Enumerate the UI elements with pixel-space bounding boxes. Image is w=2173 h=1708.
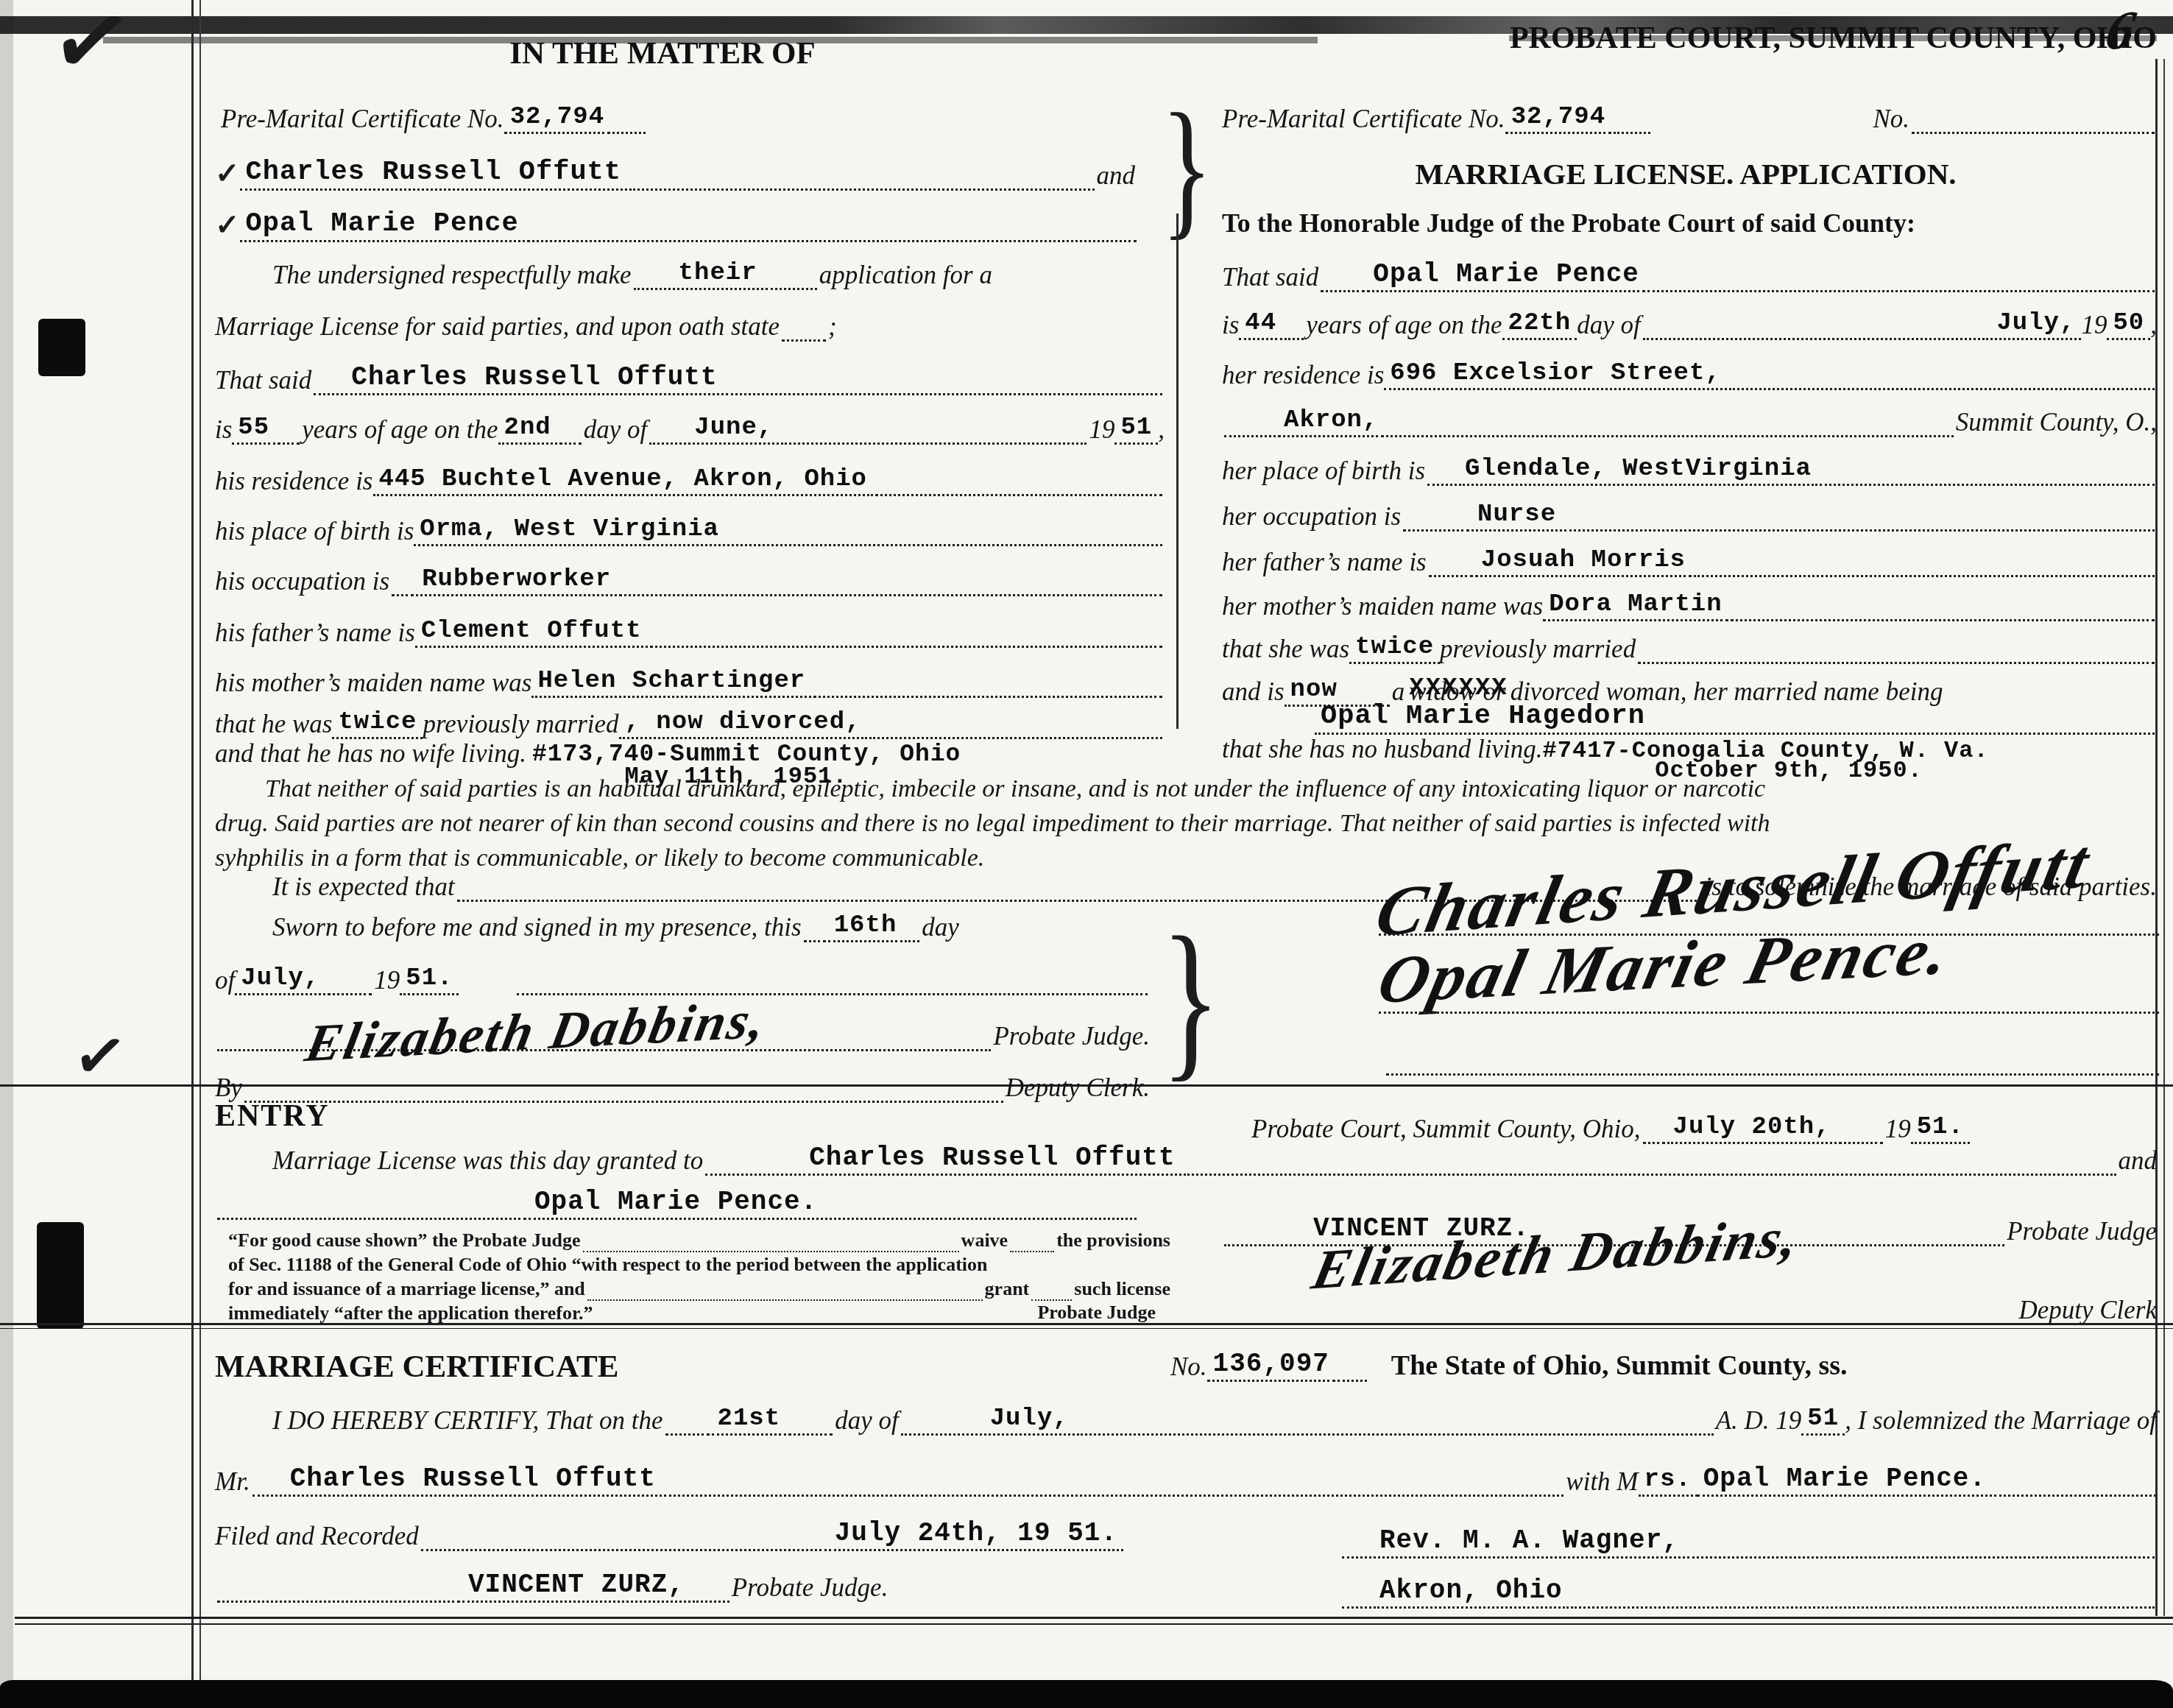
leader <box>1729 384 2155 390</box>
party-one-row: ✓ Charles Russell Offutt and <box>215 156 1135 191</box>
entry-and-label: and <box>2119 1146 2158 1176</box>
handwritten-check-entry: ✓ <box>68 1016 131 1096</box>
entry-bride-name: Opal Marie Pence. <box>529 1187 823 1220</box>
bride-signature-line <box>1379 1007 2159 1014</box>
sworn-label: Sworn to before me and signed in my pres… <box>272 913 802 942</box>
groom-day: 2nd <box>498 414 557 445</box>
groom-name-row: That said Charles Russell Offutt <box>215 362 1165 395</box>
bride-city-row: Akron, Summit County, O., <box>1222 406 2157 437</box>
court-header: PROBATE COURT, SUMMIT COUNTY, OHIO <box>1510 21 2157 56</box>
and-label: and <box>1097 161 1136 191</box>
sworn-day: 16th <box>828 911 903 942</box>
entry-court-row: Probate Court, Summit County, Ohio, July… <box>1251 1113 2157 1144</box>
leader <box>629 184 1095 191</box>
bottom-double-line-1 <box>15 1617 2173 1619</box>
matter-title: IN THE MATTER OF <box>509 35 815 71</box>
entry-year: 51. <box>1911 1113 1970 1144</box>
bride-age: 44 <box>1239 309 1282 340</box>
sworn-month: July, <box>235 964 325 995</box>
mother-label-bride: her mother’s maiden name was <box>1222 592 1543 621</box>
leader <box>782 335 826 342</box>
names-brace: } <box>1161 80 1213 257</box>
column-divider <box>1176 213 1181 729</box>
leader <box>634 283 671 290</box>
entry-judge-label: Probate Judge <box>2007 1217 2157 1246</box>
leader <box>1184 1169 2116 1176</box>
leader <box>1687 1552 2155 1559</box>
party-one-name: Charles Russell Offutt <box>240 157 627 191</box>
their-typed: their <box>673 259 763 290</box>
leader <box>328 989 372 995</box>
leader <box>619 590 1162 596</box>
filed-row: Filed and Recorded July 24th, 19 51. <box>215 1518 1172 1551</box>
certificate-month: July, <box>984 1405 1075 1436</box>
leader <box>705 1169 801 1176</box>
sworn-year: 51. <box>400 964 459 995</box>
nowife-label: and that he has no wife living. <box>215 739 526 769</box>
small-print-line-1: “For good cause shown” the Probate Judge… <box>228 1228 1170 1252</box>
officiant-name: Rev. M. A. Wagner, <box>1374 1525 1685 1559</box>
leader <box>875 490 1162 496</box>
leader <box>766 283 817 290</box>
sp1a: “For good cause shown” the Probate Judge <box>228 1228 581 1252</box>
that-said-label: That said <box>215 366 311 395</box>
court-header-row: PROBATE COURT, SUMMIT COUNTY, OHIO <box>1251 21 2157 56</box>
leader <box>252 1490 282 1497</box>
expected-label: It is expected that <box>272 872 455 902</box>
leader <box>1820 479 2155 486</box>
leader <box>665 1429 710 1436</box>
bride-father-row: her father’s name is Josuah Morris <box>1222 546 2157 577</box>
leader <box>1614 127 1650 134</box>
bride-mother: Dora Martin <box>1543 590 1728 621</box>
leader <box>804 936 826 942</box>
certificate-divider-2 <box>0 1328 2173 1329</box>
sworn-day-label: day <box>922 913 959 942</box>
bride-occupation: Nurse <box>1471 501 1562 532</box>
certificate-title-row: MARRIAGE CERTIFICATE <box>215 1349 730 1385</box>
groom-married-times: twice <box>332 708 423 739</box>
bride-birth: Glendale, WestVirginia <box>1459 455 1817 486</box>
entry-title: ENTRY <box>215 1098 330 1134</box>
bride-county: Summit County, O., <box>1956 408 2157 437</box>
premarital-row-left: Pre-Marital Certificate No. 32,794 <box>221 103 648 134</box>
leader <box>825 1213 1137 1220</box>
leader <box>217 1596 460 1603</box>
check-icon: ✓ <box>215 156 240 191</box>
leader <box>727 540 1162 546</box>
groom-name: Charles Russell Offutt <box>345 362 723 395</box>
groom-residence: 445 Buchtel Avenue, Akron, Ohio <box>373 465 874 496</box>
leader <box>1285 334 1304 340</box>
married-label-bride: that she was <box>1222 635 1349 664</box>
father-label: his father’s name is <box>215 618 415 648</box>
deputy-clerk-label: Deputy Clerk. <box>1006 1073 1150 1103</box>
certificate-judge-label: Probate Judge. <box>732 1573 888 1603</box>
spacer <box>461 991 512 995</box>
sp1c: the provisions <box>1056 1228 1170 1252</box>
leader <box>1224 1240 1305 1246</box>
groom-age: 55 <box>232 414 275 445</box>
leader <box>1731 615 2155 621</box>
birth-label: his place of birth is <box>215 517 414 546</box>
party-two-row: ✓ Opal Marie Pence <box>215 208 1139 242</box>
right-margin-rule <box>2155 59 2165 1616</box>
certificate-no-label: No. <box>1170 1352 1207 1382</box>
comma-bride: , <box>2150 311 2157 340</box>
bride-married-name-row: Opal Marie Hagedorn <box>1222 701 2157 735</box>
leader <box>559 438 582 445</box>
entry-bride-row: Opal Marie Pence. <box>215 1187 1139 1220</box>
certificate-year: 51 <box>1801 1405 1845 1436</box>
salutation-row: To the Honorable Judge of the Probate Co… <box>1222 208 2157 239</box>
overstrike-x: XXXXXX <box>1409 674 1505 702</box>
entry-year-pre: 19 <box>1885 1115 1911 1144</box>
entry-probate-judge-small: Probate Judge <box>1037 1300 1156 1324</box>
groom-age-row: is 55 years of age on the 2nd day of Jun… <box>215 414 1165 445</box>
premarital-number: 32,794 <box>504 103 610 134</box>
bride-year: 50 <box>2107 309 2150 340</box>
groom-occupation-row: his occupation is Rubberworker <box>215 565 1165 596</box>
groom-father-row: his father’s name is Clement Offutt <box>215 617 1165 648</box>
premarital-row-right: Pre-Marital Certificate No. 32,794 No. <box>1222 103 2157 134</box>
leader <box>421 1545 827 1551</box>
license-title: MARRIAGE LICENSE. APPLICATION. <box>1415 156 1956 191</box>
leader <box>1342 1602 1371 1609</box>
sworn-brace: } <box>1161 897 1220 1100</box>
leader <box>1077 1429 1714 1436</box>
affidavit-line-3: syhphilis in a form that is communicable… <box>215 841 984 875</box>
residence-label-bride: her residence is <box>1222 361 1384 390</box>
leader <box>1403 525 1469 532</box>
year-pre: 19 <box>1089 415 1114 445</box>
certificate-state: The State of Ohio, Summit County, ss. <box>1391 1349 1848 1382</box>
leader <box>649 438 686 445</box>
entry-date: July 20th, <box>1667 1113 1837 1144</box>
bride-married-name: Opal Marie Hagedorn <box>1315 701 1651 735</box>
father-label-bride: her father’s name is <box>1222 548 1427 577</box>
sworn-year-pre: 19 <box>374 966 400 995</box>
leader <box>1429 571 1473 577</box>
certify-label: I DO HEREBY CERTIFY, That on the <box>272 1406 663 1436</box>
leader <box>1912 127 2155 134</box>
groom-mother: Helen Schartinger <box>531 667 811 698</box>
occupation-label-bride: her occupation is <box>1222 502 1401 532</box>
bride-city: Akron, <box>1278 406 1384 437</box>
mr-label: Mr. <box>215 1467 250 1497</box>
leader <box>1224 431 1276 437</box>
certificate-no-row: No. 136,097 The State of Ohio, Summit Co… <box>1170 1349 2017 1382</box>
leader <box>1321 286 1365 292</box>
leader <box>517 989 1148 995</box>
mother-label: his mother’s maiden name was <box>215 668 531 698</box>
entry-clerk-row: Deputy Clerk <box>1222 1296 2157 1325</box>
bride-married-times: twice <box>1349 633 1440 664</box>
bride-residence-row: her residence is 696 Excelsior Street, <box>1222 359 2157 390</box>
binder-mark-top <box>38 319 85 376</box>
certificate-place: Akron, Ohio <box>1374 1575 1569 1609</box>
leader <box>289 1319 1035 1324</box>
entry-court-label: Probate Court, Summit County, Ohio, <box>1251 1115 1641 1144</box>
entry-groom-name: Charles Russell Offutt <box>803 1143 1181 1176</box>
leader <box>1338 1375 1367 1382</box>
scan-bottom-band <box>0 1680 2173 1708</box>
premarital-number-right: 32,794 <box>1505 103 1611 134</box>
leader <box>1638 657 2155 664</box>
bride-mother-row: her mother’s maiden name was Dora Martin <box>1222 590 2157 621</box>
certificate-groom: Charles Russell Offutt <box>284 1464 662 1497</box>
is-label: is <box>215 415 232 445</box>
leader <box>527 236 1137 242</box>
groom-married-row: that he was twice previously married , n… <box>215 708 1165 739</box>
bride-father: Josuah Morris <box>1475 546 1692 577</box>
application-label: application for a <box>819 261 992 290</box>
matter-title-row: IN THE MATTER OF <box>368 35 957 71</box>
leader <box>1694 571 2155 577</box>
spacer <box>1126 1547 1170 1551</box>
certificate-place-row: Akron, Ohio <box>1340 1575 2157 1609</box>
bride-name-row: That said Opal Marie Pence <box>1222 259 2157 292</box>
groom-father: Clement Offutt <box>415 617 648 648</box>
oath-label: Marriage License for said parties, and u… <box>215 312 780 342</box>
sworn-row-1: Sworn to before me and signed in my pres… <box>272 911 1148 942</box>
bride-name: Opal Marie Pence <box>1367 259 1645 292</box>
leader <box>1564 525 2155 532</box>
leader <box>726 389 1162 395</box>
sp2: of Sec. 11188 of the General Code of Ohi… <box>228 1252 987 1277</box>
bride-birth-row: her place of birth is Glendale, WestVirg… <box>1222 455 2157 486</box>
probate-judge-label: Probate Judge. <box>993 1022 1150 1051</box>
groom-month: June, <box>688 414 779 445</box>
scan-edge-strip <box>0 0 13 1708</box>
groom-residence-row: his residence is 445 Buchtel Avenue, Akr… <box>215 465 1165 496</box>
deputy-clerk-signature: Elizabeth Dabbins, <box>300 989 773 1074</box>
groom-mother-row: his mother’s maiden name was Helen Schar… <box>215 667 1165 698</box>
leader <box>813 691 1162 698</box>
nohusband-label: that she has no husband living. <box>1222 735 1543 764</box>
leader <box>1010 1246 1054 1252</box>
leader <box>905 936 919 942</box>
leader <box>1224 1319 2016 1325</box>
leader <box>869 733 1162 739</box>
leader <box>392 590 414 596</box>
certificate-solemnized: , I solemnized the Marriage of <box>1845 1406 2157 1436</box>
is-label-bride: is <box>1222 311 1239 340</box>
oath-semicolon: ; <box>828 312 837 342</box>
handwritten-check-top: ✓ <box>43 0 141 104</box>
leader <box>1342 1552 1371 1559</box>
certificate-day-of: day of <box>835 1406 899 1436</box>
affidavit-line-1: That neither of said parties is an habit… <box>265 772 1765 806</box>
bottom-double-line-2 <box>15 1623 2173 1625</box>
certificate-judge-name: VINCENT ZURZ, <box>462 1570 690 1603</box>
married-label: that he was <box>215 710 332 739</box>
sp3a: for and issuance of a marriage license,”… <box>228 1277 585 1301</box>
certificate-judge-row: VINCENT ZURZ, Probate Judge. <box>215 1570 1201 1603</box>
granted-label: Marriage License was this day granted to <box>272 1146 703 1176</box>
certificate-title: MARRIAGE CERTIFICATE <box>215 1349 618 1385</box>
left-margin-rule <box>191 0 201 1708</box>
premarital-label-right: Pre-Marital Certificate No. <box>1222 105 1505 134</box>
year-pre-bride: 19 <box>2081 311 2107 340</box>
filed-label: Filed and Recorded <box>215 1522 419 1551</box>
groom-birth: Orma, West Virginia <box>414 515 725 546</box>
oath-row: Marriage License for said parties, and u… <box>215 312 1025 342</box>
license-no-label: No. <box>1873 105 1909 134</box>
leader <box>901 1429 982 1436</box>
comma: , <box>1158 415 1165 445</box>
leader <box>693 1596 729 1603</box>
party-two-name: Opal Marie Pence <box>240 208 525 242</box>
leader <box>583 1246 959 1252</box>
salutation: To the Honorable Judge of the Probate Co… <box>1222 208 1915 239</box>
license-title-row: MARRIAGE LICENSE. APPLICATION. <box>1251 156 2120 191</box>
married-mid-label-bride: previously married <box>1440 635 1636 664</box>
bride-married-row: that she was twice previously married <box>1222 633 2157 664</box>
groom-birth-row: his place of birth is Orma, West Virgini… <box>215 515 1165 546</box>
bride-day: 22th <box>1502 309 1577 340</box>
groom-year: 51 <box>1114 414 1158 445</box>
day-of-label: day of <box>584 415 648 445</box>
groom-divorced: , now divorced, <box>619 708 867 739</box>
entry-granted-row: Marriage License was this day granted to… <box>272 1143 2157 1176</box>
sp3c: such license <box>1074 1277 1170 1301</box>
rs-typed: rs. <box>1639 1466 1697 1497</box>
leader <box>314 389 343 395</box>
empty-signature-line <box>1386 1069 2159 1076</box>
bride-age-row: is 44 years of age on the 22th day of Ju… <box>1222 309 2157 340</box>
bride-residence: 696 Excelsior Street, <box>1384 359 1726 390</box>
premarital-label: Pre-Marital Certificate No. <box>221 105 504 134</box>
sp1b: waive <box>961 1228 1008 1252</box>
leader <box>788 1429 833 1436</box>
residence-label: his residence is <box>215 467 373 496</box>
certificate-ad: A. D. 19 <box>1716 1406 1802 1436</box>
leader <box>781 438 1086 445</box>
leader <box>650 641 1162 648</box>
spacer <box>1655 130 1870 134</box>
leader <box>1427 479 1457 486</box>
birth-label-bride: her place of birth is <box>1222 456 1425 486</box>
undersigned-row: The undersigned respectfully make their … <box>272 259 1163 290</box>
occupation-label: his occupation is <box>215 567 389 596</box>
leader <box>217 1213 526 1220</box>
age-mid-label: years of age on the <box>302 415 498 445</box>
entry-clerk-label: Deputy Clerk <box>2018 1296 2157 1325</box>
that-said-label-bride: That said <box>1222 263 1318 292</box>
leader <box>1386 431 1953 437</box>
small-print-line-3: for and issuance of a marriage license,”… <box>228 1277 1170 1301</box>
undersigned-label: The undersigned respectfully make <box>272 261 632 290</box>
leader <box>664 1490 1563 1497</box>
leader <box>1571 1602 2155 1609</box>
leader <box>278 438 300 445</box>
binder-mark-bottom <box>37 1222 84 1329</box>
sworn-row-2: of July, 19 51. <box>215 964 1150 995</box>
officiant-row: Rev. M. A. Wagner, <box>1340 1525 2157 1559</box>
leader <box>1653 728 2155 735</box>
leader <box>1994 1490 2156 1497</box>
small-print-line-2: of Sec. 11188 of the General Code of Ohi… <box>228 1252 1170 1277</box>
with-m-label: with M <box>1566 1467 1638 1497</box>
certificate-no: 136,097 <box>1207 1349 1335 1382</box>
sp3b: grant <box>985 1277 1030 1301</box>
married-mid-label: previously married <box>423 710 618 739</box>
scanned-marriage-record: ✓ ✓ 6 } } IN THE MATTER OF Pre-Marital C… <box>0 0 2173 1708</box>
bride-month: July, <box>1990 309 2081 340</box>
certificate-parties-row: Mr. Charles Russell Offutt with M rs. Op… <box>215 1464 2158 1497</box>
filed-date: July 24th, 19 51. <box>829 1518 1123 1551</box>
sworn-of-label: of <box>215 966 235 995</box>
check-icon: ✓ <box>215 208 240 242</box>
day-of-label-bride: day of <box>1577 311 1641 340</box>
leader <box>1647 286 2155 292</box>
certificate-bride: Opal Marie Pence. <box>1697 1464 1992 1497</box>
certificate-day: 21st <box>712 1405 787 1436</box>
age-mid-label-bride: years of age on the <box>1306 311 1502 340</box>
bride-occupation-row: her occupation is Nurse <box>1222 501 2157 532</box>
groom-occupation: Rubberworker <box>416 565 617 596</box>
affidavit-line-2: drug. Said parties are not nearer of kin… <box>215 806 1770 841</box>
entry-probate-judge-row: Probate Judge <box>287 1300 1156 1324</box>
certify-row: I DO HEREBY CERTIFY, That on the 21st da… <box>272 1405 2157 1436</box>
leader <box>612 127 646 134</box>
entry-title-row: ENTRY <box>215 1098 509 1134</box>
leader <box>1643 334 1989 340</box>
